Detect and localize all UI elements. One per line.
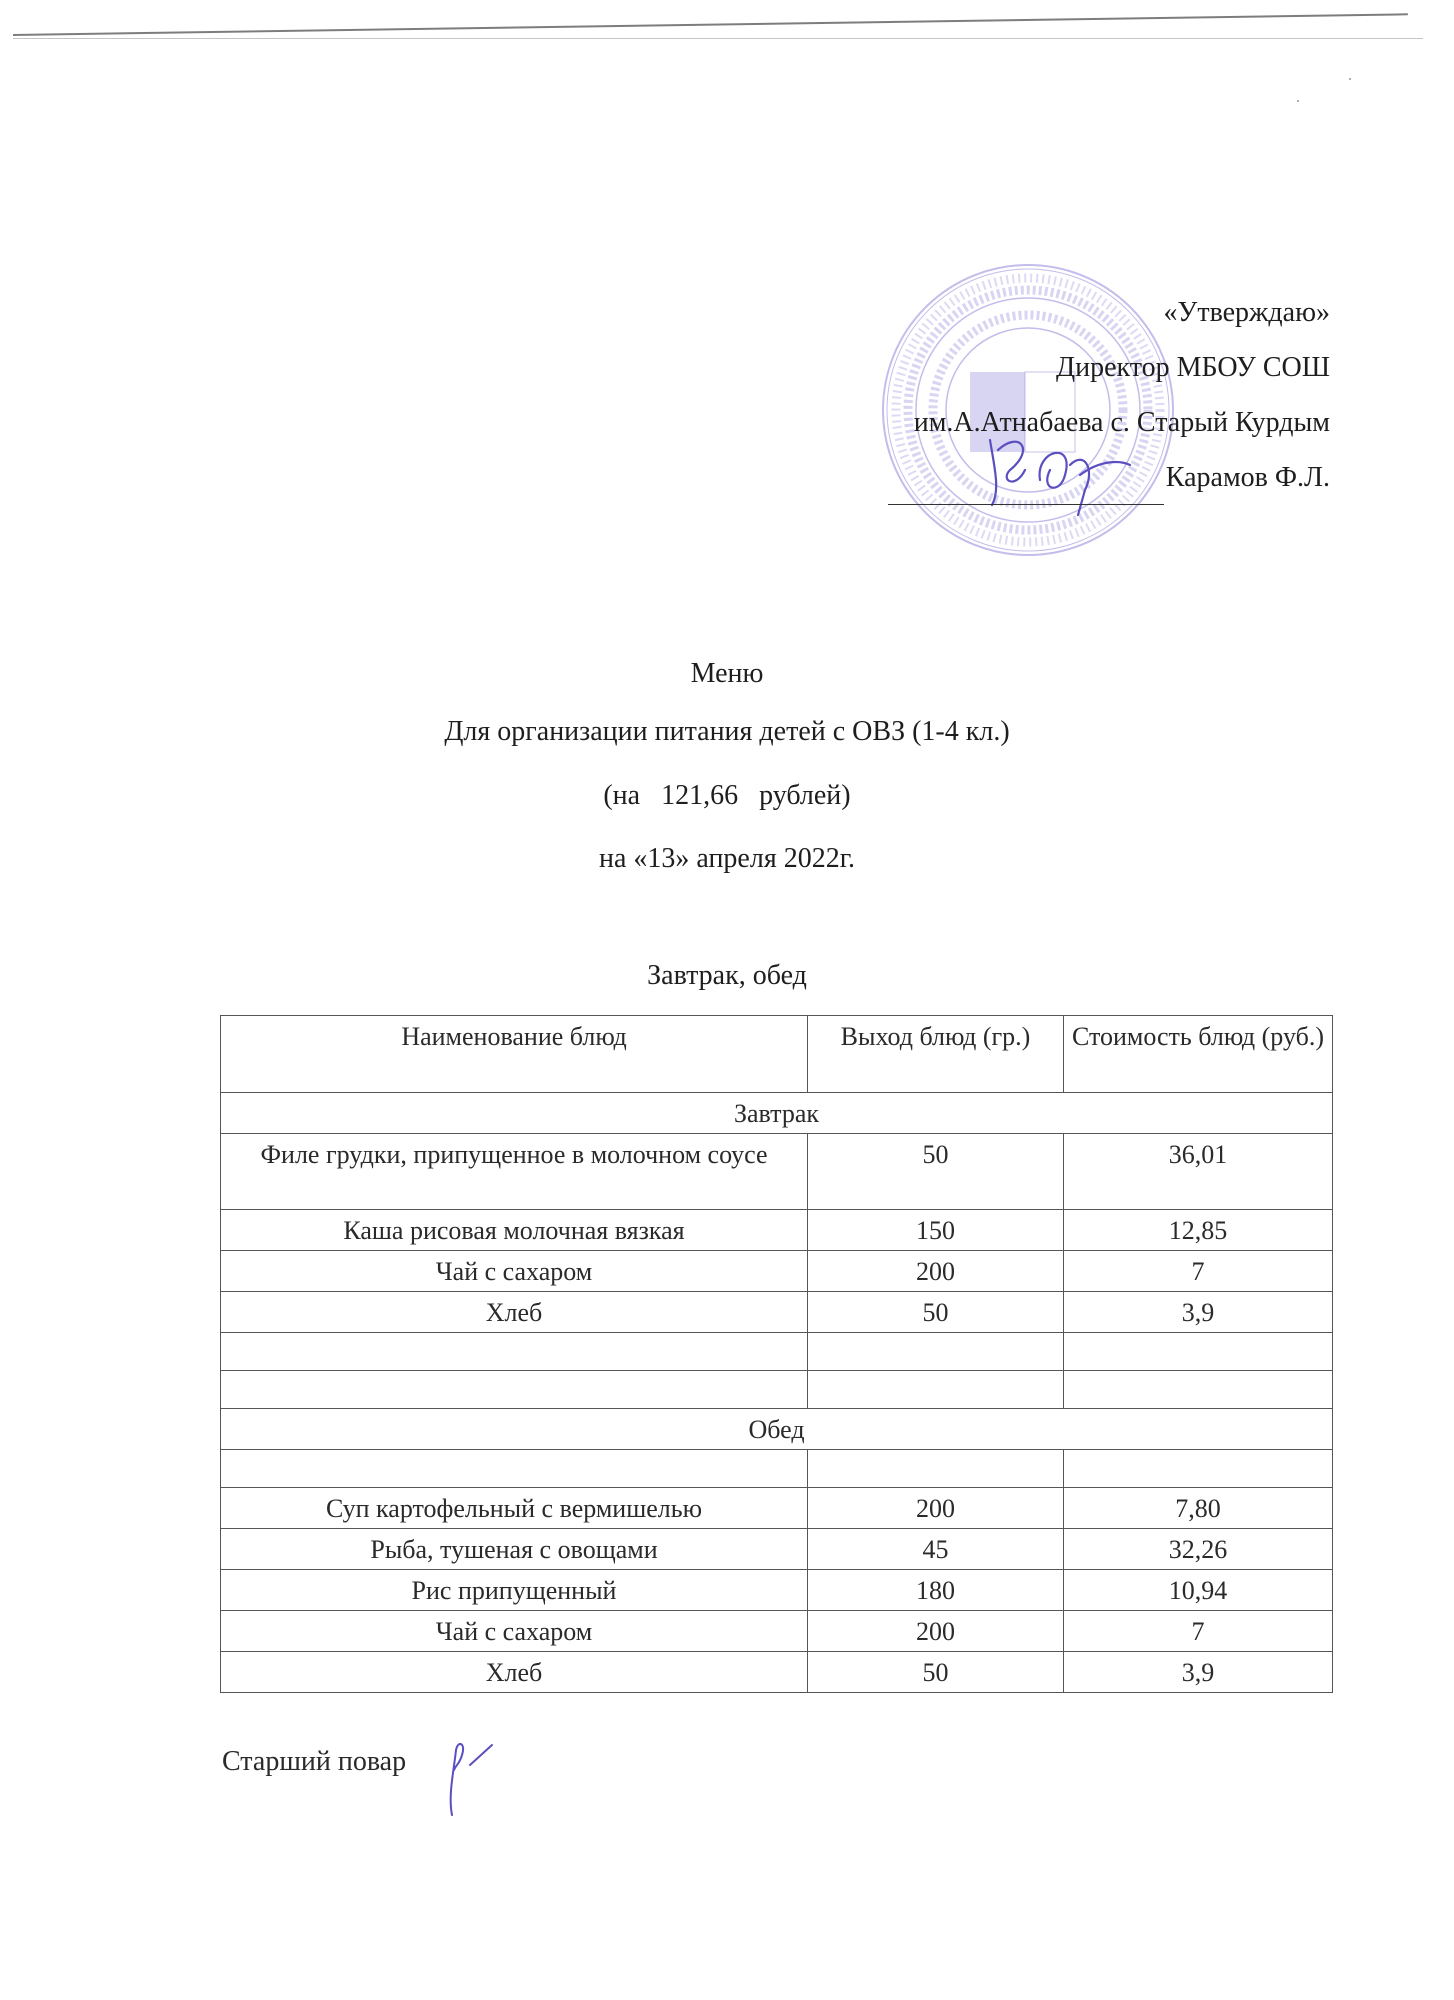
scan-edge-line	[13, 38, 1423, 39]
dish-name-cell	[221, 1333, 808, 1371]
header-dish-name: Наименование блюд	[221, 1016, 808, 1093]
cost-cell: 36,01	[1064, 1134, 1333, 1210]
section-title: Обед	[221, 1409, 1333, 1450]
school-name: им.А.Атнабаева с. Старый Курдым	[888, 395, 1330, 450]
yield-cell: 180	[808, 1570, 1064, 1611]
header-yield: Выход блюд (гр.)	[808, 1016, 1064, 1093]
section-title: Завтрак	[221, 1093, 1333, 1134]
dish-name-cell: Каша рисовая молочная вязкая	[221, 1210, 808, 1251]
table-row: Филе грудки, припущенное в молочном соус…	[221, 1134, 1333, 1210]
cost-cell: 7	[1064, 1251, 1333, 1292]
yield-cell: 200	[808, 1488, 1064, 1529]
table-row	[221, 1371, 1333, 1409]
cost-cell	[1064, 1371, 1333, 1409]
cost-cell: 10,94	[1064, 1570, 1333, 1611]
dish-name-cell: Суп картофельный с вермишелью	[221, 1488, 808, 1529]
menu-purpose: Для организации питания детей с ОВЗ (1-4…	[0, 716, 1454, 748]
signature-row: Карамов Ф.Л.	[888, 450, 1330, 505]
section-row: Завтрак	[221, 1093, 1333, 1134]
table-row: Хлеб503,9	[221, 1292, 1333, 1333]
table-row	[221, 1450, 1333, 1488]
dish-name-cell	[221, 1450, 808, 1488]
cost-cell: 3,9	[1064, 1292, 1333, 1333]
table-row	[221, 1333, 1333, 1371]
yield-cell: 50	[808, 1652, 1064, 1693]
dish-name-cell: Хлеб	[221, 1292, 808, 1333]
dish-name-cell: Филе грудки, припущенное в молочном соус…	[221, 1134, 808, 1210]
yield-cell: 45	[808, 1529, 1064, 1570]
cost-cell: 3,9	[1064, 1652, 1333, 1693]
meals-heading: Завтрак, обед	[0, 960, 1454, 992]
yield-cell: 200	[808, 1611, 1064, 1652]
table-row: Рис припущенный18010,94	[221, 1570, 1333, 1611]
cost-cell: 32,26	[1064, 1529, 1333, 1570]
chef-signature-label: Старший повар	[222, 1746, 406, 1778]
dish-name-cell	[221, 1371, 808, 1409]
cost-cell	[1064, 1450, 1333, 1488]
table-row: Суп картофельный с вермишелью2007,80	[221, 1488, 1333, 1529]
dish-name-cell: Рис припущенный	[221, 1570, 808, 1611]
cost-cell	[1064, 1333, 1333, 1371]
director-position: Директор МБОУ СОШ	[888, 340, 1330, 395]
table-row: Чай с сахаром2007	[221, 1611, 1333, 1652]
cost-cell: 7	[1064, 1611, 1333, 1652]
yield-cell	[808, 1333, 1064, 1371]
scan-edge-line	[13, 13, 1408, 36]
cost-cell: 7,80	[1064, 1488, 1333, 1529]
dish-name-cell: Чай с сахаром	[221, 1611, 808, 1652]
menu-date: на «13» апреля 2022г.	[0, 843, 1454, 875]
dish-name-cell: Хлеб	[221, 1652, 808, 1693]
section-row: Обед	[221, 1409, 1333, 1450]
yield-cell	[808, 1371, 1064, 1409]
yield-cell	[808, 1450, 1064, 1488]
dish-name-cell: Чай с сахаром	[221, 1251, 808, 1292]
header-cost: Стоимость блюд (руб.)	[1064, 1016, 1333, 1093]
table-row: Чай с сахаром2007	[221, 1251, 1333, 1292]
scan-speck	[1297, 100, 1299, 102]
yield-cell: 50	[808, 1134, 1064, 1210]
signature-line	[888, 474, 1164, 505]
yield-cell: 150	[808, 1210, 1064, 1251]
chef-signature	[440, 1735, 520, 1820]
dish-name-cell: Рыба, тушеная с овощами	[221, 1529, 808, 1570]
menu-budget: (на 121,66 рублей)	[0, 780, 1454, 812]
approval-block: «Утверждаю» Директор МБОУ СОШ им.А.Атнаб…	[888, 285, 1330, 505]
table-header-row: Наименование блюд Выход блюд (гр.) Стоим…	[221, 1016, 1333, 1093]
table-row: Хлеб503,9	[221, 1652, 1333, 1693]
signatory-name: Карамов Ф.Л.	[1166, 450, 1330, 505]
cost-cell: 12,85	[1064, 1210, 1333, 1251]
approve-label: «Утверждаю»	[888, 285, 1330, 340]
table-row: Рыба, тушеная с овощами4532,26	[221, 1529, 1333, 1570]
yield-cell: 50	[808, 1292, 1064, 1333]
scan-speck	[1349, 78, 1351, 80]
document-title: Меню	[0, 658, 1454, 690]
menu-table: Наименование блюд Выход блюд (гр.) Стоим…	[220, 1015, 1333, 1693]
yield-cell: 200	[808, 1251, 1064, 1292]
table-row: Каша рисовая молочная вязкая15012,85	[221, 1210, 1333, 1251]
